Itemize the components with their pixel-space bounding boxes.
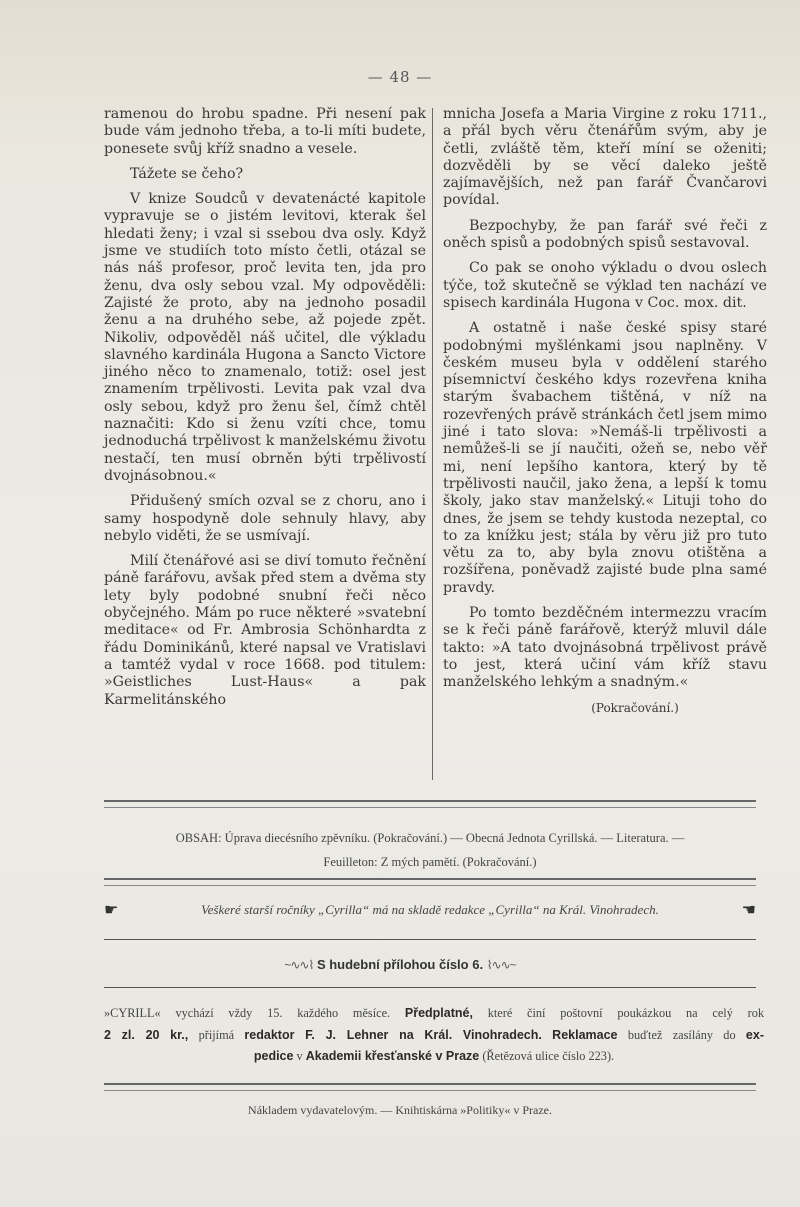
paragraph: Co pak se onoho výkladu o dvou oslech tý… (443, 260, 767, 312)
pointing-hand-left-icon: ☚ (742, 900, 756, 920)
section-divider-contents (104, 878, 756, 886)
notice-text: Veškeré starší ročníky „Cyrilla“ má na s… (201, 902, 659, 918)
section-divider-top (104, 800, 756, 808)
accepts-text: přijímá (199, 1028, 235, 1042)
pointing-hand-right-icon: ☛ (104, 900, 118, 920)
paragraph: ramenou do hrobu spadne. Při nesení pak … (104, 106, 426, 158)
subscription-label: Předplatné, (405, 1006, 473, 1020)
expedition-hyphen: ex- (746, 1028, 764, 1042)
back-issues-notice: ☛ Veškeré starší ročníky „Cyrilla“ má na… (104, 900, 756, 920)
colophon-line-3: pedice v Akademii křesťanské v Praze (Ře… (104, 1046, 764, 1068)
supplement-text: S hudební přílohou číslo 6. (317, 957, 483, 972)
subscription-price: 2 zl. 20 kr., (104, 1028, 188, 1042)
colophon-line-2: 2 zl. 20 kr., přijímá redaktor F. J. Leh… (104, 1025, 764, 1047)
subscription-terms: které činí poštovní poukázkou na celý ro… (488, 1006, 764, 1020)
colophon-line-1: »CYRILL« vychází vždy 15. každého měsíce… (104, 1003, 764, 1025)
expedition-word: pedice (254, 1049, 294, 1063)
right-column: mnicha Josefa a Maria Virgine z roku 171… (443, 106, 767, 725)
ornament-right-icon: ⌇∿∿~ (487, 958, 516, 972)
publisher-name: Akademii křesťanské v Praze (306, 1049, 479, 1063)
left-column: ramenou do hrobu spadne. Při nesení pak … (104, 106, 426, 717)
complaints-label: Reklamace (552, 1028, 617, 1042)
paragraph: Po tomto bezděčném intermezzu vracím se … (443, 605, 767, 691)
paragraph: Milí čtenářové asi se diví tomuto řečněn… (104, 553, 426, 709)
paragraph: V knize Soudců v devatenácté kapitole vy… (104, 191, 426, 485)
paragraph: Tážete se čeho? (104, 166, 426, 183)
page-number: — 48 — (0, 68, 800, 86)
paragraph: Bezpochyby, že pan farář své řeči z oněc… (443, 218, 767, 253)
column-divider (432, 108, 433, 780)
paragraph: mnicha Josefa a Maria Virgine z roku 171… (443, 106, 767, 210)
printer-imprint: Nákladem vydavatelovým. — Knihtiskárna »… (0, 1103, 800, 1118)
complaints-text: buďtež zasílány do (628, 1028, 736, 1042)
music-supplement-note: ~∿∿⌇ S hudební přílohou číslo 6. ⌇∿∿~ (0, 957, 800, 972)
paragraph: Přidušený smích ozval se z choru, ano i … (104, 493, 426, 545)
section-divider-bottom (104, 1083, 756, 1091)
publisher-address: (Řetězová ulice číslo 223). (482, 1049, 614, 1063)
paragraph: A ostatně i naše české spisy staré podob… (443, 320, 767, 597)
contents-line-1: OBSAH: Úprava diecésního zpěvníku. (Pokr… (104, 826, 756, 850)
publication-schedule: »CYRILL« vychází vždy 15. každého měsíce… (104, 1006, 390, 1020)
table-of-contents: OBSAH: Úprava diecésního zpěvníku. (Pokr… (104, 826, 756, 874)
subscription-info: »CYRILL« vychází vždy 15. každého měsíce… (104, 1003, 764, 1068)
ornament-left-icon: ~∿∿⌇ (284, 958, 313, 972)
continued-note: (Pokračování.) (443, 700, 767, 717)
contents-line-2: Feuilleton: Z mých pamětí. (Pokračování.… (104, 850, 756, 874)
editor-name: redaktor F. J. Lehner na Král. Vinohrade… (244, 1028, 541, 1042)
in-word: v (297, 1049, 303, 1063)
supplement-divider (104, 987, 756, 988)
notice-divider (104, 939, 756, 940)
